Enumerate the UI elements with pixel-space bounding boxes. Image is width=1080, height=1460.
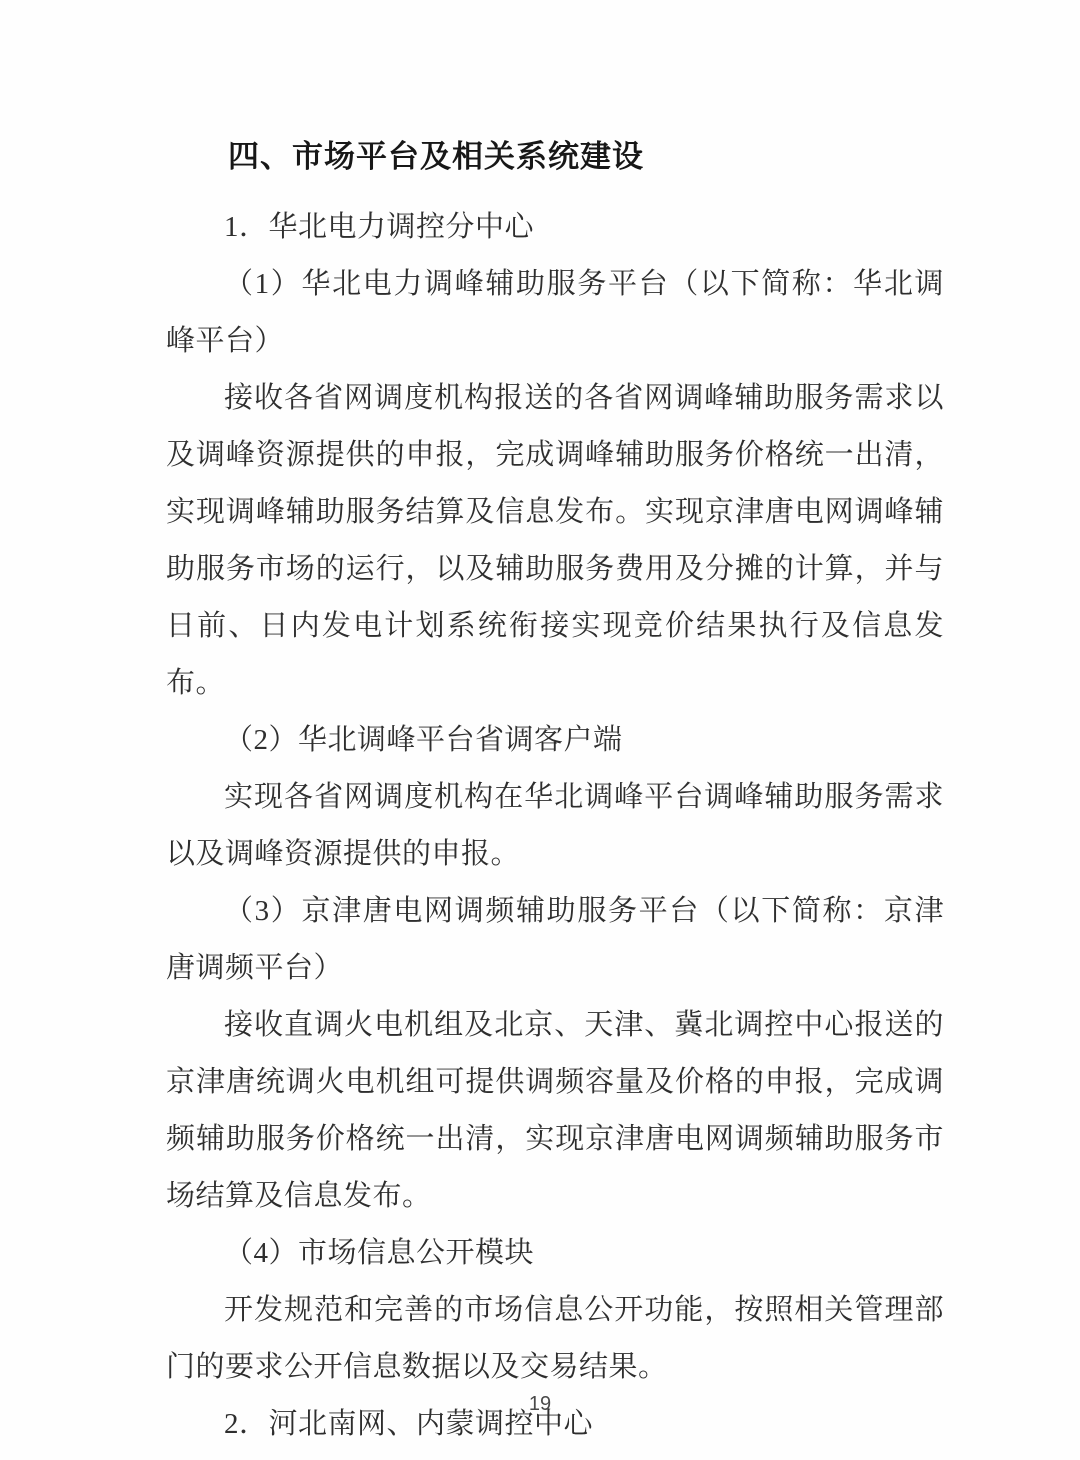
- paragraph: 接收各省网调度机构报送的各省网调峰辅助服务需求以及调峰资源提供的申报，完成调峰辅…: [166, 370, 944, 712]
- paragraph: （3）京津唐电网调频辅助服务平台（以下简称：京津唐调频平台）: [166, 883, 944, 997]
- paragraph: （1）华北电力调峰辅助服务平台（以下简称：华北调峰平台）: [166, 256, 944, 370]
- paragraph: （4）市场信息公开模块: [166, 1225, 944, 1282]
- paragraph: 接收直调火电机组及北京、天津、冀北调控中心报送的京津唐统调火电机组可提供调频容量…: [166, 997, 944, 1225]
- document-body: 四、市场平台及相关系统建设 1．华北电力调控分中心 （1）华北电力调峰辅助服务平…: [0, 0, 1080, 1453]
- section-heading: 四、市场平台及相关系统建设: [166, 128, 944, 186]
- paragraph: （2）华北调峰平台省调客户端: [166, 712, 944, 769]
- paragraph: 实现各省网调度机构在华北调峰平台调峰辅助服务需求以及调峰资源提供的申报。: [166, 769, 944, 883]
- page-number: 19: [0, 1393, 1080, 1416]
- paragraph: 开发规范和完善的市场信息公开功能，按照相关管理部门的要求公开信息数据以及交易结果…: [166, 1282, 944, 1396]
- paragraph: 1．华北电力调控分中心: [166, 199, 944, 256]
- document-page: 四、市场平台及相关系统建设 1．华北电力调控分中心 （1）华北电力调峰辅助服务平…: [0, 0, 1080, 1460]
